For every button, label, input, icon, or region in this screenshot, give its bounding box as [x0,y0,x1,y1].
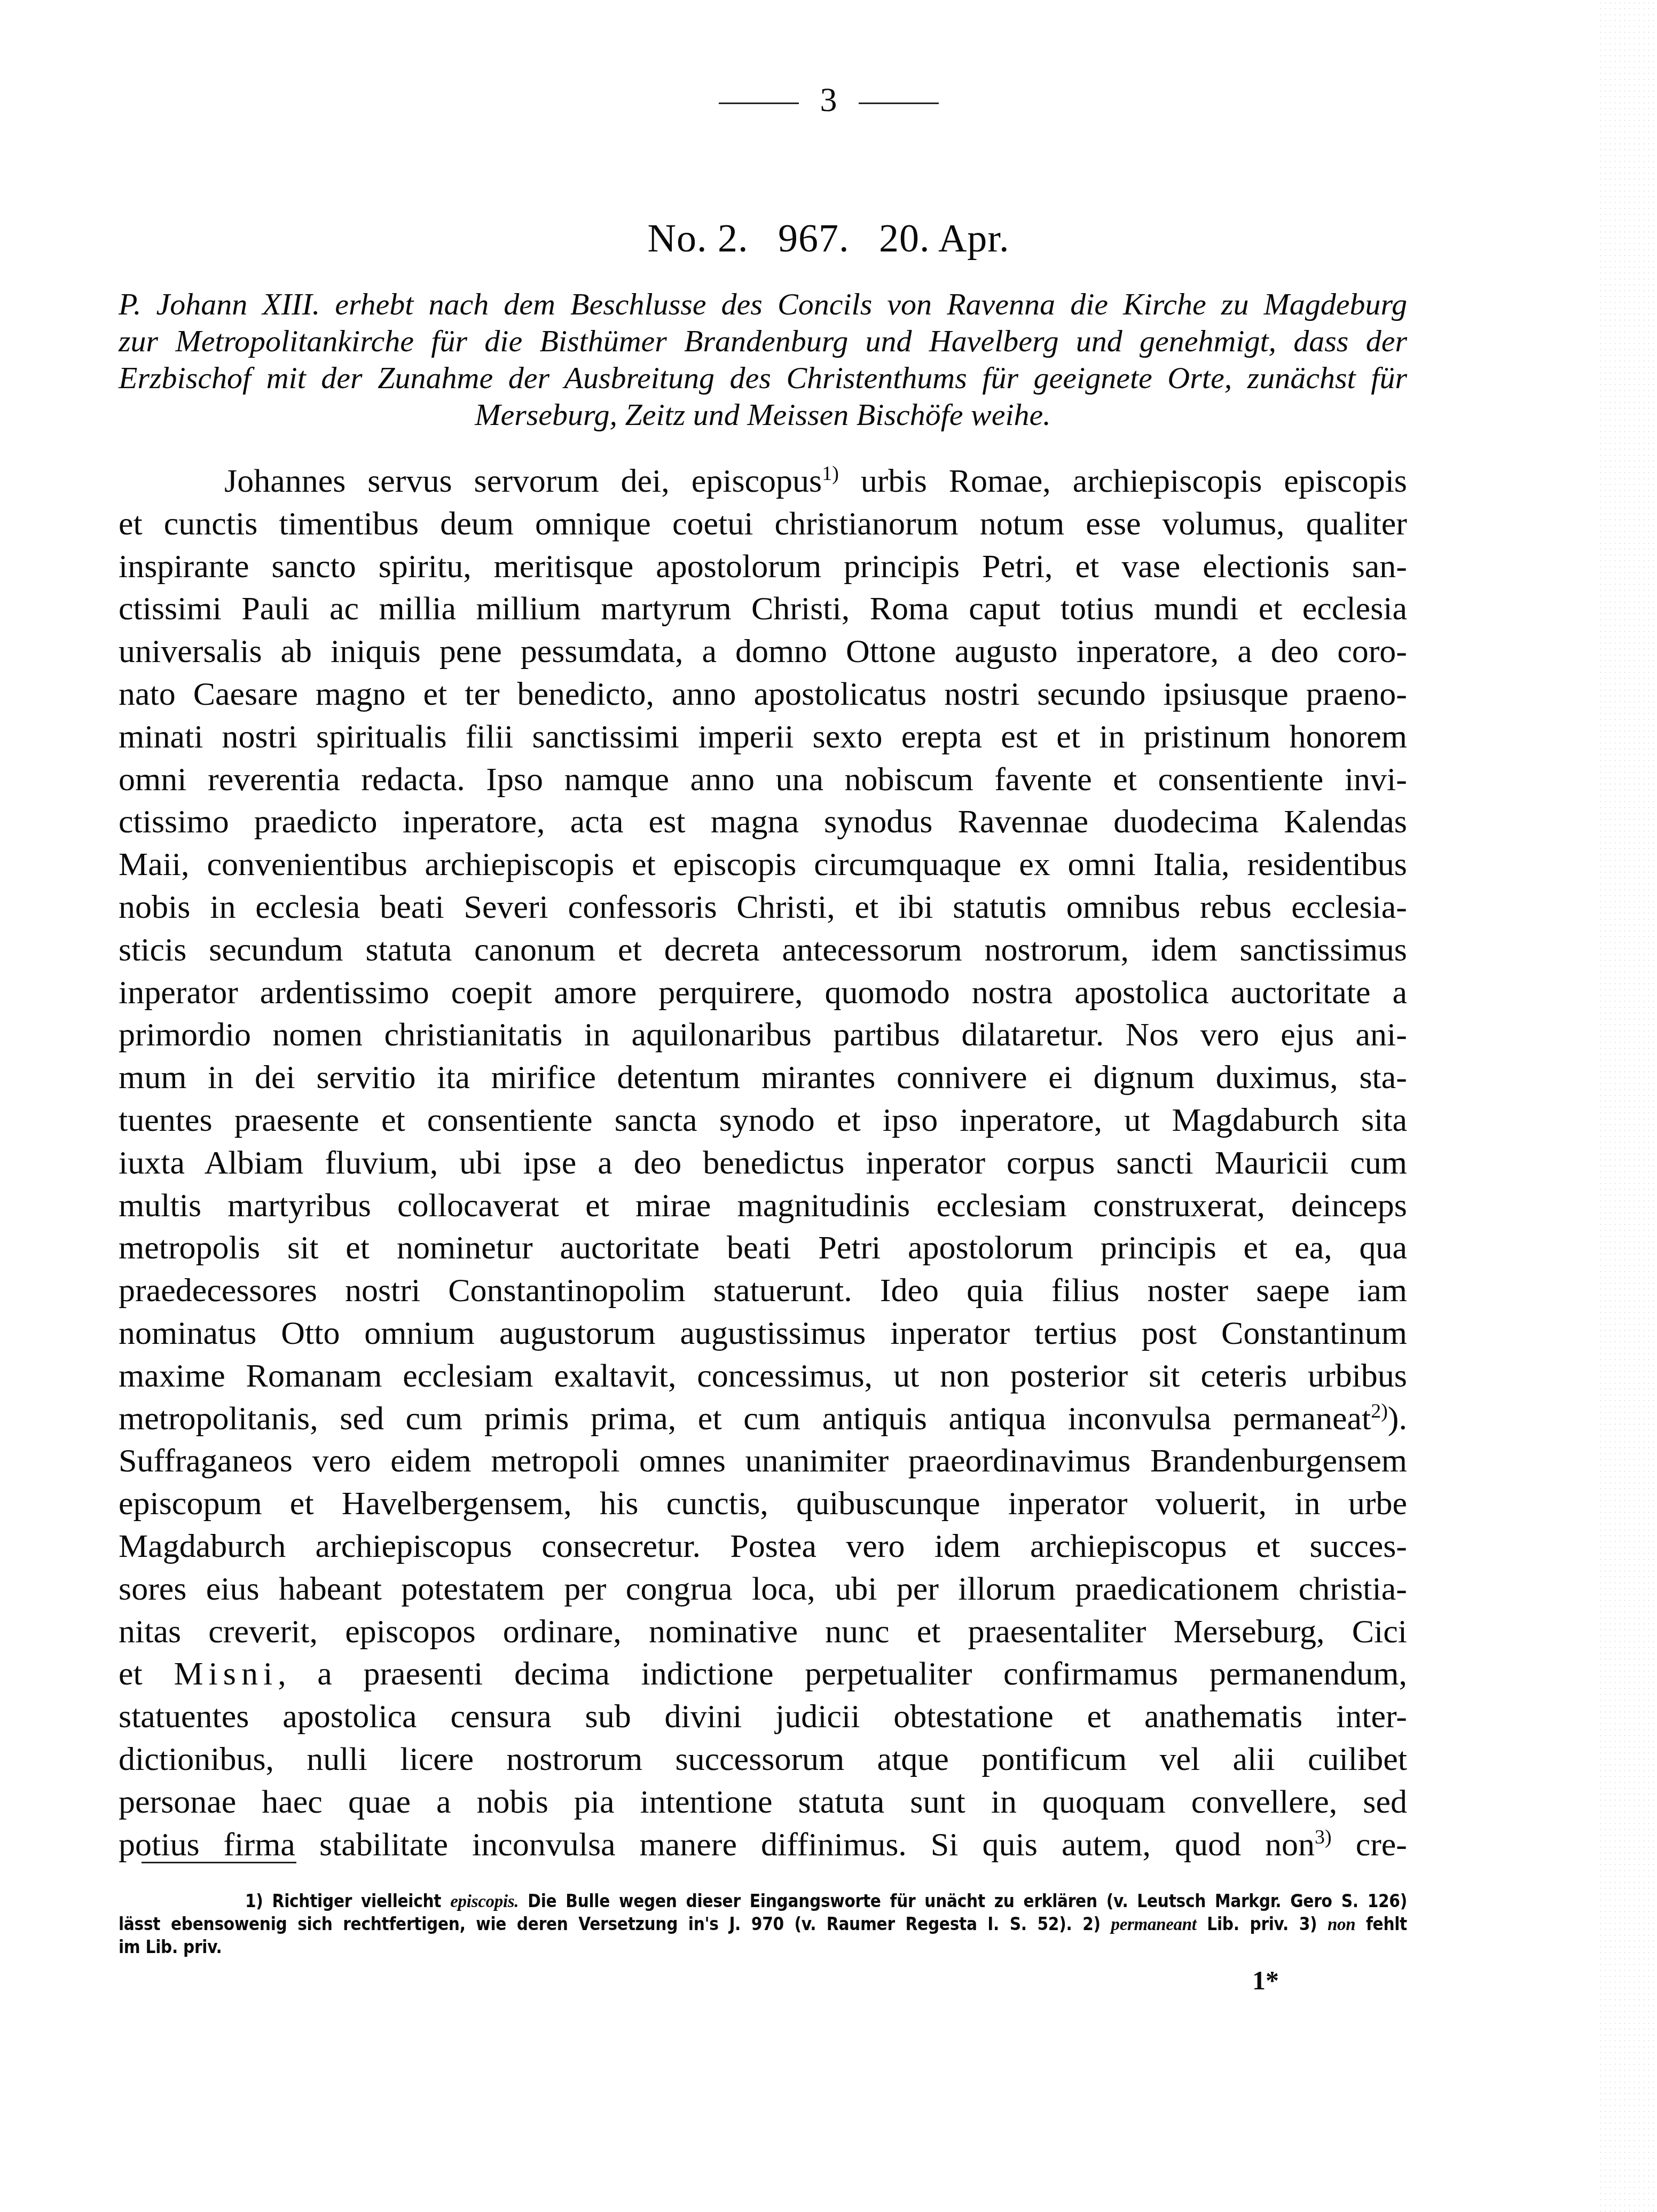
text-line: sticis secundum statuta canonum et decre… [119,929,1407,972]
text-line: omni reverentia redacta. Ipso namque ann… [119,759,1407,801]
document-year: 967. [778,217,850,261]
summary-line: zur Metropolitankirche für die Bisthümer… [119,322,1407,359]
spaced-name: Misni [174,1656,278,1692]
summary-line: Erzbischof mit der Zunahme der Ausbreitu… [119,359,1407,396]
text-segment: et [119,1656,174,1692]
footnote-italic: episcopis. [450,1892,519,1911]
footnote-line: im Lib. priv. [119,1936,1407,1958]
footnote-text: 1) Richtiger vielleicht [245,1891,450,1911]
text-line: inspirante sancto spiritu, meritisque ap… [119,546,1407,588]
text-line: ctissimo praedicto inperatore, acta est … [119,801,1407,844]
text-line: maxime Romanam ecclesiam exaltavit, conc… [119,1355,1407,1398]
text-line: potius firma stabilitate inconvulsa mane… [119,1824,1407,1867]
text-segment: cre- [1332,1827,1407,1863]
text-line: universalis ab iniquis pene pessumdata, … [119,631,1407,673]
footnote-marker: 2) [1371,1400,1388,1422]
text-segment: urbis Romae, archiepiscopis episcopis [839,463,1407,499]
footnote-italic: permaneant [1111,1915,1196,1934]
text-line: iuxta Albiam fluvium, ubi ipse a deo ben… [119,1142,1407,1185]
signature-mark: 1* [1252,1965,1279,1996]
text-line: tuentes praesente et consentiente sancta… [119,1099,1407,1142]
footnote-line: lässt ebensowenig sich rechtfertigen, wi… [119,1913,1407,1936]
footnote-text: Die Bulle wegen dieser Eingangsworte für… [519,1891,1407,1911]
text-line: nato Caesare magno et ter benedicto, ann… [119,673,1407,716]
text-line: et Misni, a praesenti decima indictione … [119,1653,1407,1696]
document-title: No. 2. 967. 20. Apr. [0,216,1657,262]
text-line: metropolitanis, sed cum primis prima, et… [119,1398,1407,1440]
page-number-dash-right [859,103,939,104]
footnotes: 1) Richtiger vielleicht episcopis. Die B… [119,1890,1407,1958]
text-line: episcopum et Havelbergensem, his cunctis… [119,1483,1407,1525]
text-line: statuentes apostolica censura sub divini… [119,1696,1407,1738]
text-line: Magdaburch archiepiscopus consecretur. P… [119,1525,1407,1568]
footnote-separator [142,1862,296,1863]
summary-line: Merseburg, Zeitz und Meissen Bischöfe we… [119,396,1407,433]
text-segment: Johannes servus servorum dei, episcopus [224,463,822,499]
document-number: No. 2. [648,217,749,261]
footnote-marker: 3) [1315,1826,1332,1848]
scan-noise [1598,0,1657,2212]
text-line: praedecessores nostri Constantinopolim s… [119,1270,1407,1312]
regest-summary: P. Johann XIII. erhebt nach dem Beschlus… [119,286,1407,433]
text-line: inperator ardentissimo coepit amore perq… [119,972,1407,1014]
footnote-text: fehlt [1355,1914,1407,1934]
text-line: metropolis sit et nominetur auctoritate … [119,1227,1407,1270]
page-number: 3 [0,80,1657,120]
footnote-marker: 1) [822,462,839,485]
document-date: 20. Apr. [879,217,1009,261]
page-number-value: 3 [820,81,837,119]
text-line: minati nostri spiritualis filii sanctiss… [119,716,1407,759]
footnote-text: Lib. priv. 3) [1197,1914,1328,1934]
footnote-line: 1) Richtiger vielleicht episcopis. Die B… [119,1890,1407,1913]
footnote-text: lässt ebensowenig sich rechtfertigen, wi… [119,1914,1111,1934]
text-line: Suffraganeos vero eidem metropoli omnes … [119,1440,1407,1483]
text-line: ctissimi Pauli ac millia millium martyru… [119,588,1407,631]
text-segment: potius firma stabilitate inconvulsa mane… [119,1827,1315,1863]
text-line: et cunctis timentibus deum omnique coetu… [119,503,1407,546]
text-line: nitas creverit, episcopos ordinare, nomi… [119,1611,1407,1654]
page-number-dash-left [719,103,799,104]
summary-line: P. Johann XIII. erhebt nach dem Beschlus… [119,286,1407,322]
text-line: nominatus Otto omnium augustorum augusti… [119,1312,1407,1355]
text-line: Johannes servus servorum dei, episcopus1… [119,460,1407,503]
charter-text: Johannes servus servorum dei, episcopus1… [119,460,1407,1866]
text-line: primordio nomen christianitatis in aquil… [119,1014,1407,1057]
text-segment: , a praesenti decima indictione perpetua… [278,1656,1407,1692]
text-segment: metropolitanis, sed cum primis prima, et… [119,1400,1371,1437]
text-line: sores eius habeant potestatem per congru… [119,1568,1407,1611]
footnote-italic: non [1328,1915,1355,1934]
text-line: mum in dei servitio ita mirifice detentu… [119,1057,1407,1099]
text-segment: ). [1388,1400,1407,1437]
text-line: dictionibus, nulli licere nostrorum succ… [119,1738,1407,1781]
text-line: Maii, convenientibus archiepiscopis et e… [119,844,1407,886]
text-line: personae haec quae a nobis pia intention… [119,1781,1407,1824]
text-line: nobis in ecclesia beati Severi confessor… [119,886,1407,929]
text-line: multis martyribus collocaverat et mirae … [119,1185,1407,1227]
